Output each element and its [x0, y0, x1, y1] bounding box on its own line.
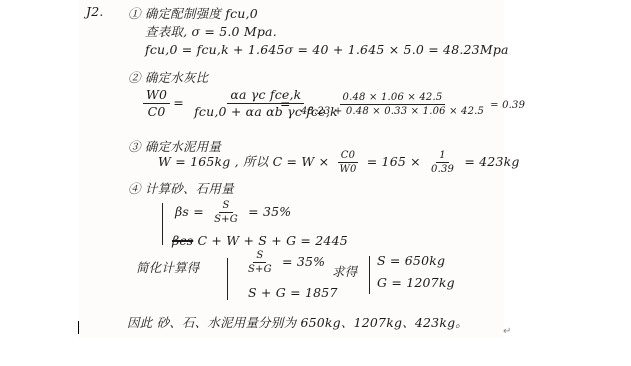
simplified-eq1: S S+G = 35%: [242, 250, 325, 275]
step2-substitution: = 0.48 × 1.06 × 42.5 48.23 + 0.48 × 0.33…: [280, 92, 525, 117]
w-c-ratio-fraction: W0 C0: [143, 88, 170, 119]
reciprocal-fraction: 1 0.39: [428, 150, 457, 175]
substitution-fraction: 0.48 × 1.06 × 42.5 48.23 + 0.48 × 0.33 ×…: [298, 92, 487, 117]
system-brace-1: [162, 203, 163, 245]
c0-w0-fraction: C0 W0: [336, 150, 359, 175]
sand-ratio-equation: βs = S S+G = 35%: [175, 200, 291, 225]
simplified-fraction: S S+G: [245, 250, 275, 275]
step1-line1: 查表取, σ = 5.0 Mpa.: [145, 22, 277, 40]
solution-gravel: G = 1207kg: [377, 275, 455, 290]
step1-line2: fcu,0 = fcu,k + 1.645σ = 40 + 1.645 × 5.…: [145, 42, 509, 57]
simplified-eq2: S + G = 1857: [248, 285, 338, 300]
step2-heading: ② 确定水灰比: [128, 68, 208, 86]
paragraph-mark-icon: ↵: [503, 326, 511, 337]
solution-sand: S = 650kg: [377, 253, 445, 268]
step4-heading: ④ 计算砂、石用量: [128, 179, 234, 197]
mass-balance-equation: βcs C + W + S + G = 2445: [172, 233, 348, 248]
solve-label: 求得: [332, 262, 357, 280]
step1-heading: ① 确定配制强度 fcu,0: [128, 4, 258, 22]
problem-label: J2.: [86, 4, 104, 19]
conclusion: 因此 砂、石、水泥用量分别为 650kg、1207kg、423kg。: [127, 313, 468, 331]
system-brace-3: [369, 256, 370, 294]
step2-result: = 0.39: [490, 100, 525, 111]
step3-line: W = 165kg , 所以 C = W × C0 W0 = 165 × 1 0…: [158, 150, 520, 175]
simplify-label: 简化计算得: [136, 258, 200, 276]
text-cursor[interactable]: [78, 321, 79, 334]
system-brace-2: [227, 258, 228, 300]
sand-ratio-fraction: S S+G: [211, 200, 241, 225]
